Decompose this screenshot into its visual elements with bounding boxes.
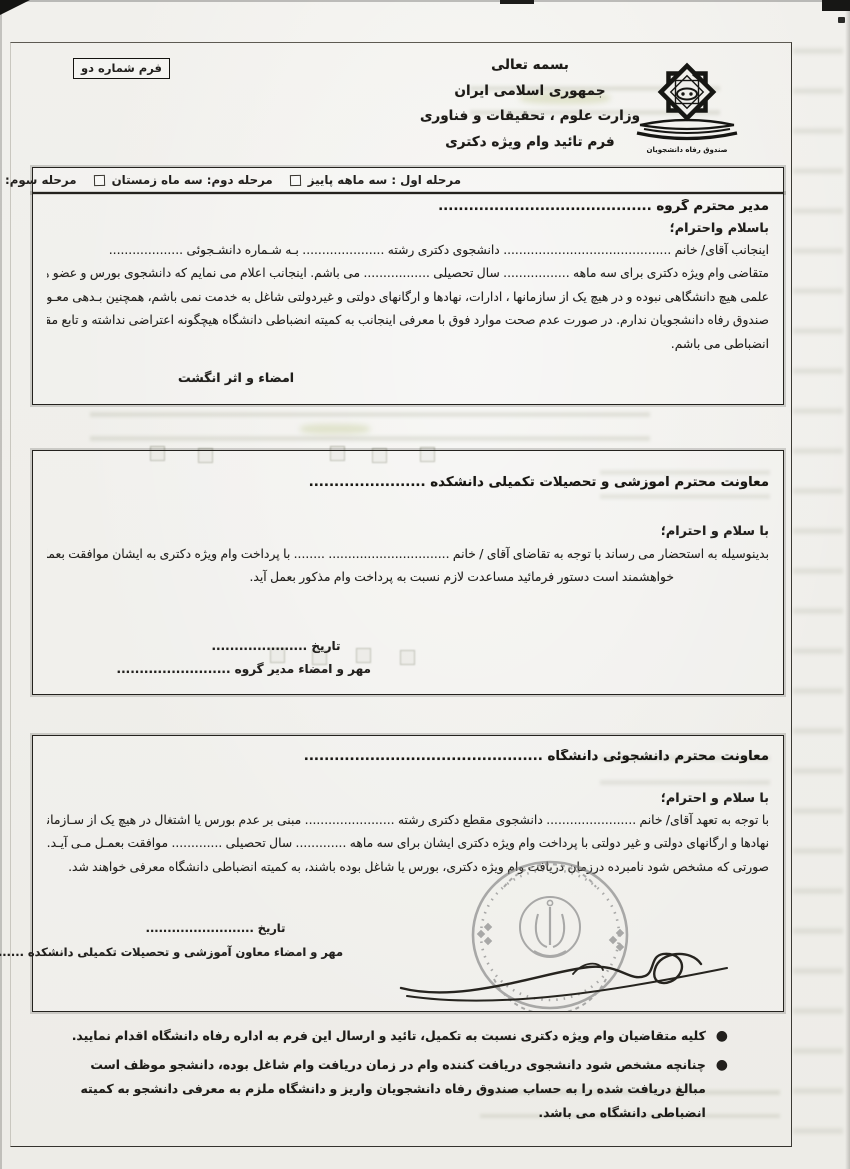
handwritten-signature [393, 924, 738, 1012]
bullet-icon: ● [716, 1024, 784, 1048]
stage-item-1: مرحله اول : سه ماهه پاییز [290, 173, 461, 187]
paragraph-line: بدینوسیله به استحضار می رساند با توجه به… [47, 543, 769, 566]
scan-corner-mark [822, 0, 850, 11]
paragraph-line: علمی هیچ دانشگاهی نبوده و در هیچ یک از س… [47, 286, 769, 309]
scanned-form-page: فرم شماره دو بسمه تعالی جمهوری اسلامی ای… [0, 0, 850, 1169]
section3-paragraph: با توجه به تعهد آقای/ خانم .............… [47, 809, 769, 879]
stage-item-2: مرحله دوم: سه ماه زمستان [94, 173, 273, 187]
footer-notes: ● کلیه متقاضیان وام ویژه دکتری نسبت به ت… [36, 1024, 784, 1130]
scan-edge-mark [500, 0, 534, 4]
stage-item-3: مرحله سوم: سه ماه بهار [0, 173, 77, 187]
section1-paragraph: اینجانب آقای/ خانم .....................… [47, 239, 769, 356]
section2-salutation: با سلام و احترام؛ [47, 524, 769, 539]
paragraph-line: متقاضی وام ویژه دکتری برای سه ماهه .....… [47, 262, 769, 285]
stamp-sign-label: مهر و امضاء مدیر گروه ..................… [181, 658, 371, 681]
bullet-icon: ● [716, 1053, 784, 1125]
paragraph-line: صندوق رفاه دانشجویان ندارم. در صورت عدم … [47, 309, 769, 332]
date-label: تاریخ ......................... [88, 916, 343, 940]
paragraph-line: انضباطی می باشم. [47, 333, 769, 356]
stage-selector-row: مرحله اول : سه ماهه پاییز مرحله دوم: سه … [32, 167, 784, 193]
scan-edge-top [0, 0, 850, 2]
form-number-box: فرم شماره دو [73, 58, 170, 79]
university-deputy-section: معاونت محترم دانشجوئی دانشگاه ..........… [32, 735, 784, 1012]
stage-1-label: مرحله اول : سه ماهه پاییز [308, 173, 461, 187]
logo-book [637, 120, 737, 139]
stage-1-checkbox[interactable] [290, 174, 301, 185]
section2-heading: معاونت محترم آموزشی و تحصیلات تکمیلی دان… [47, 475, 769, 490]
faculty-deputy-section: معاونت محترم آموزشی و تحصیلات تکمیلی دان… [32, 450, 784, 695]
stage-3-label: مرحله سوم: سه ماه بهار [0, 173, 77, 187]
section3-heading: معاونت محترم دانشجوئی دانشگاه ..........… [47, 749, 769, 764]
section1-salutation: باسلام واحترام؛ [47, 221, 769, 236]
stamp-sign-label: مهر و امضاء معاون آموزشی و تحصیلات تکمیل… [88, 940, 343, 964]
section1-heading: مدیر محترم گروه ........................… [47, 199, 769, 214]
student-declaration-section: مدیر محترم گروه ........................… [32, 193, 784, 405]
scan-corner-mark [0, 0, 30, 15]
note-item: ● چنانچه مشخص شود دانشجوی دریافت کننده و… [36, 1053, 784, 1125]
paragraph-line: با توجه به تعهد آقای/ خانم .............… [47, 809, 769, 832]
form-number-label: فرم شماره دو [81, 61, 162, 75]
note-text: کلیه متقاضیان وام ویژه دکتری نسبت به تکم… [72, 1024, 706, 1048]
bleed-through-ghost [793, 48, 843, 1140]
note-item: ● کلیه متقاضیان وام ویژه دکتری نسبت به ت… [36, 1024, 784, 1048]
scan-corner-mark [838, 17, 845, 23]
student-welfare-fund-logo: صندوق رفاه دانشجویان [630, 58, 745, 158]
paragraph-line: خواهشمند است دستور فرمائید مساعدت لازم ن… [47, 566, 769, 589]
signature-fingerprint-label: امضاء و اثر انگشت [178, 370, 294, 385]
section3-salutation: با سلام و احترام؛ [47, 791, 769, 806]
paragraph-line: صورتی که مشخص شود نامبرده درزمان دریافت … [47, 856, 769, 879]
date-label: تاریخ ..................... [181, 635, 371, 658]
logo-caption: صندوق رفاه دانشجویان [647, 146, 728, 154]
section2-paragraph: بدینوسیله به استحضار می رساند با توجه به… [47, 543, 769, 590]
stage-2-label: مرحله دوم: سه ماه زمستان [112, 173, 273, 187]
paragraph-line: اینجانب آقای/ خانم .....................… [47, 239, 769, 262]
logo-dot [689, 92, 692, 95]
section2-date-sign-block: تاریخ ..................... مهر و امضاء … [181, 635, 371, 681]
logo-dot [681, 92, 684, 95]
paragraph-line: نهادها و ارگانهای دولتی و غیر دولتی با پ… [47, 832, 769, 855]
stage-2-checkbox[interactable] [93, 174, 104, 185]
section3-date-sign-block: تاریخ ......................... مهر و ام… [88, 916, 343, 964]
scan-edge-right [845, 0, 850, 1169]
note-text: چنانچه مشخص شود دانشجوی دریافت کننده وام… [36, 1053, 706, 1125]
